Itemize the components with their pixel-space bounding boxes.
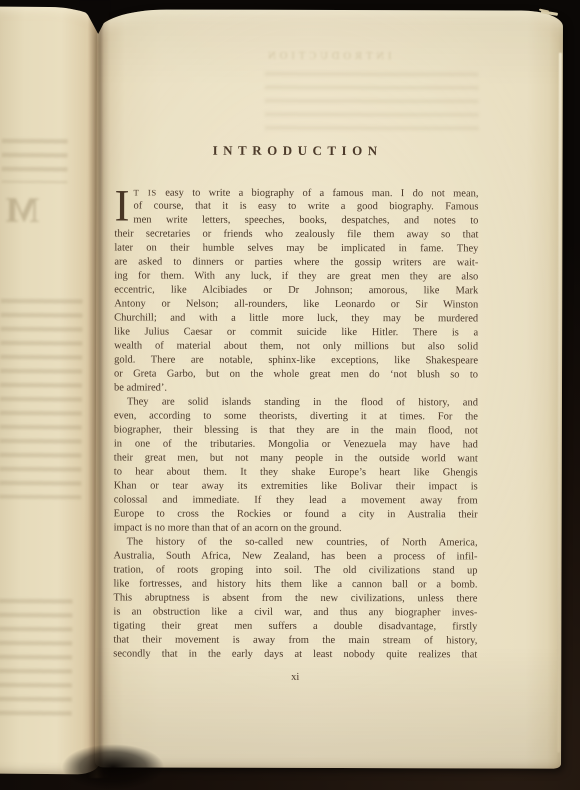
text-line: impact is no more than that of an acorn … (114, 521, 478, 536)
text-line: even, according to some theorists, diver… (114, 409, 478, 424)
text-line: later on their humble selves may be impl… (114, 241, 478, 256)
text-line: Khan or tear away its extremities like B… (114, 479, 478, 494)
showthrough-lines (265, 72, 479, 135)
text-line: eccentric, like Alcibiades or Dr Johnson… (114, 283, 478, 298)
text-line: like Julius Caesar or commit suicide lik… (114, 325, 478, 340)
text-line: Antony or Nelson; all-rounders, like Leo… (114, 297, 478, 312)
showthrough-lines (0, 299, 83, 500)
book-page: INTRODUCTION INTRODUCTION IT IS easy to … (95, 9, 563, 768)
left-page-edge: M (0, 7, 105, 775)
showthrough-lines (1, 139, 67, 183)
showthrough-heading: INTRODUCTION (247, 51, 409, 62)
text-line: ing for them. With any luck, if they are… (114, 269, 478, 284)
text-line: The history of the so-called new countri… (114, 535, 478, 550)
text-line: that their movement is away from the mai… (113, 633, 477, 648)
text-line: be admired’. (114, 381, 478, 396)
body-text: IT IS easy to write a biography of a fam… (113, 185, 478, 662)
showthrough-lines (0, 599, 73, 718)
text-line: biographer, their blessing is that they … (114, 423, 478, 438)
text-line: Churchill; and with a little more luck, … (114, 311, 478, 326)
text-line: colossal and immediate. If they lead a m… (114, 493, 478, 508)
text-line: wealth of material about them, not only … (114, 339, 478, 354)
page-edge-stack (557, 53, 562, 753)
text-line: T IS easy to write a biography of a famo… (133, 185, 478, 200)
small-caps-opening: T IS (134, 187, 157, 197)
text-line: in one of the tributaries. Mongolia or V… (114, 437, 478, 452)
text-line: tigating their great men suffers a doubl… (113, 619, 477, 634)
text-line: their great men, but not many people in … (114, 451, 478, 466)
book-photo: M INTRODUCTION INTRODUCTION IT IS easy t… (0, 0, 580, 790)
drop-cap: I (114, 186, 128, 227)
text-line: men write letters, speeches, books, desp… (133, 213, 478, 228)
text-line: They are solid islands standing in the f… (114, 395, 478, 410)
chapter-heading: INTRODUCTION (115, 142, 481, 159)
text-line: Europe to cross the Rockies or found a c… (114, 507, 478, 522)
text-line: are asked to dinners or parties where th… (114, 255, 478, 270)
text-line: secondly that in the early days at least… (113, 647, 477, 662)
text-line: This abruptness is absent from the new c… (113, 591, 477, 606)
text-line: is an obstruction like a civil war, and … (113, 605, 477, 620)
text-line: Australia, South Africa, New Zealand, ha… (114, 549, 478, 564)
text-line: to hear about them. It they shake Europe… (114, 465, 478, 480)
text-line: or Greta Garbo, but on the whole great m… (114, 367, 478, 382)
text-line: of course, that it is easy to write a go… (133, 199, 478, 214)
page-number: xi (113, 671, 477, 683)
showthrough-letter: M (5, 189, 39, 231)
gutter-bottom-shadow (44, 736, 182, 790)
text-line: their secretaries or friends who zealous… (114, 227, 478, 242)
text-line: gold. There are notable, sphinx-like exc… (114, 353, 478, 368)
text-line: tration, of roots groping into soil. The… (114, 563, 478, 578)
text-line: like fortresses, and history hits them l… (113, 577, 477, 592)
